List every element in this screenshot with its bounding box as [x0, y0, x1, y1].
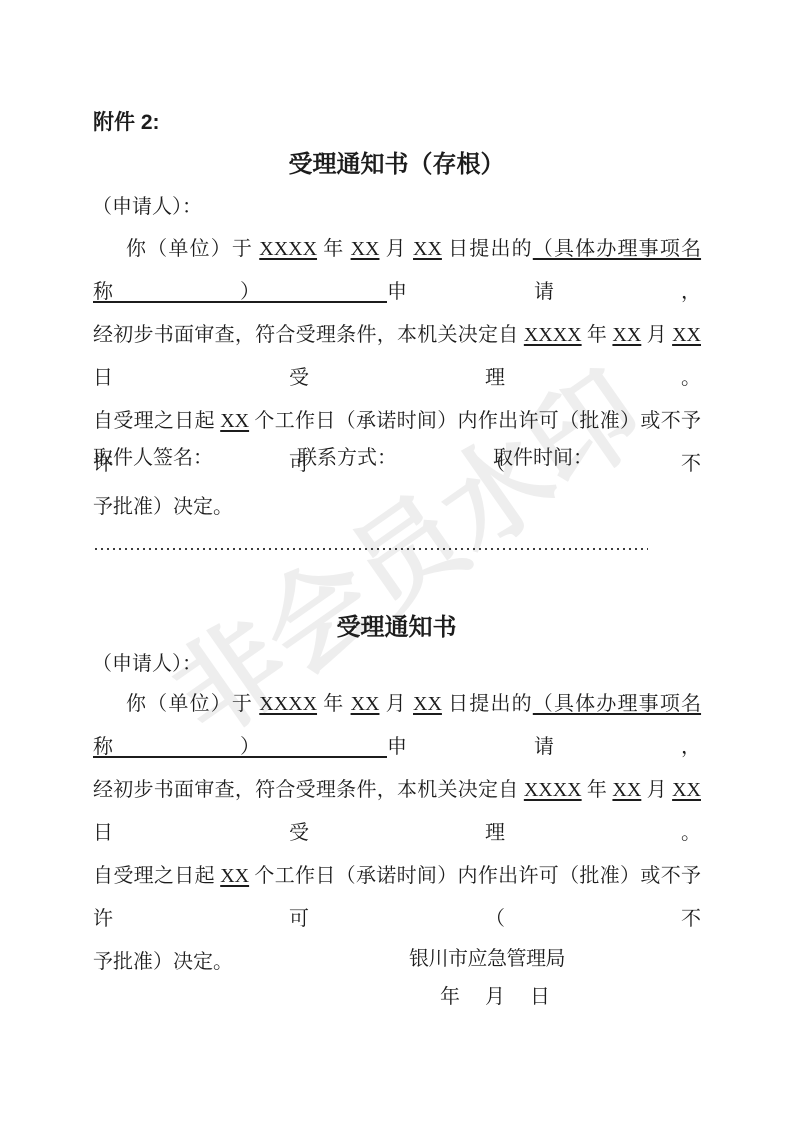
body-text: 申请，: [387, 281, 701, 303]
body-text: 月: [379, 693, 413, 715]
underlined-fill-in: XX: [413, 693, 442, 715]
body-text: 日提出的: [442, 238, 533, 260]
body-text: 月: [641, 324, 672, 346]
document-page: 非会员水印 附件 2: 受理通知书（存根） （申请人）： 你（单位）于 XXXX…: [0, 0, 793, 1122]
date-placeholder-line: 年 月 日: [440, 984, 553, 1010]
body-line: 予批准）决定。: [93, 941, 701, 984]
pickup-signer-label: 取件人签名：: [93, 445, 213, 471]
body-line: 予批准）决定。: [93, 486, 701, 529]
body-text: 月: [379, 238, 413, 260]
agency-signature: 银川市应急管理局: [409, 946, 565, 972]
body-text: 月: [641, 779, 672, 801]
underlined-fill-in: XX: [220, 410, 249, 432]
body-text: 年: [582, 779, 613, 801]
underlined-fill-in: XXXX: [524, 324, 582, 346]
stub-body-paragraph: 你（单位）于 XXXX 年 XX 月 XX 日提出的（具体办理事项名称）申请，经…: [93, 228, 701, 529]
body-text: 申请，: [387, 736, 701, 758]
body-text: 经初步书面审查，符合受理条件，本机关决定自: [93, 779, 524, 801]
underlined-fill-in: XX: [672, 324, 701, 346]
body-text: 你（单位）于: [126, 238, 259, 260]
underlined-fill-in: XX: [351, 238, 380, 260]
body-text: 日提出的: [442, 693, 533, 715]
body-line: 你（单位）于 XXXX 年 XX 月 XX 日提出的（具体办理事项名称）申请，: [93, 228, 701, 314]
attachment-label: 附件 2:: [93, 110, 160, 136]
body-text: 年: [317, 693, 351, 715]
body-line: 自受理之日起 XX 个工作日（承诺时间）内作出许可（批准）或不予许可（不: [93, 855, 701, 941]
body-text: 予批准）决定。: [93, 496, 233, 518]
body-text: 年: [582, 324, 613, 346]
body-line: 自受理之日起 XX 个工作日（承诺时间）内作出许可（批准）或不予许可（不: [93, 400, 701, 486]
pickup-contact-label: 联系方式：: [297, 445, 397, 471]
body-text: 予批准）决定。: [93, 951, 233, 973]
pickup-time-label: 取件时间：: [493, 445, 593, 471]
body-line: 你（单位）于 XXXX 年 XX 月 XX 日提出的（具体办理事项名称）申请，: [93, 683, 701, 769]
body-text: 自受理之日起: [93, 410, 220, 432]
tear-line-divider: [95, 548, 648, 550]
underlined-fill-in: XX: [351, 693, 380, 715]
notice-applicant-label: （申请人）：: [92, 651, 202, 677]
underlined-fill-in: XXXX: [524, 779, 582, 801]
stub-applicant-label: （申请人）：: [92, 194, 202, 220]
body-text: 年: [317, 238, 351, 260]
body-line: 经初步书面审查，符合受理条件，本机关决定自 XXXX 年 XX 月 XX 日受理…: [93, 314, 701, 400]
notice-title: 受理通知书: [0, 612, 793, 644]
body-text: 日受理。: [93, 822, 701, 844]
notice-body-paragraph: 你（单位）于 XXXX 年 XX 月 XX 日提出的（具体办理事项名称）申请，经…: [93, 683, 701, 984]
body-line: 经初步书面审查，符合受理条件，本机关决定自 XXXX 年 XX 月 XX 日受理…: [93, 769, 701, 855]
underlined-fill-in: XX: [413, 238, 442, 260]
stub-title: 受理通知书（存根）: [0, 149, 793, 181]
underlined-fill-in: XXXX: [259, 693, 317, 715]
body-text: 自受理之日起: [93, 865, 220, 887]
body-text: 你（单位）于: [126, 693, 259, 715]
underlined-fill-in: XX: [672, 779, 701, 801]
underlined-fill-in: XX: [612, 324, 641, 346]
body-text: 日受理。: [93, 367, 701, 389]
body-text: 经初步书面审查，符合受理条件，本机关决定自: [93, 324, 524, 346]
underlined-fill-in: XX: [612, 779, 641, 801]
underlined-fill-in: XX: [220, 865, 249, 887]
underlined-fill-in: XXXX: [259, 238, 317, 260]
